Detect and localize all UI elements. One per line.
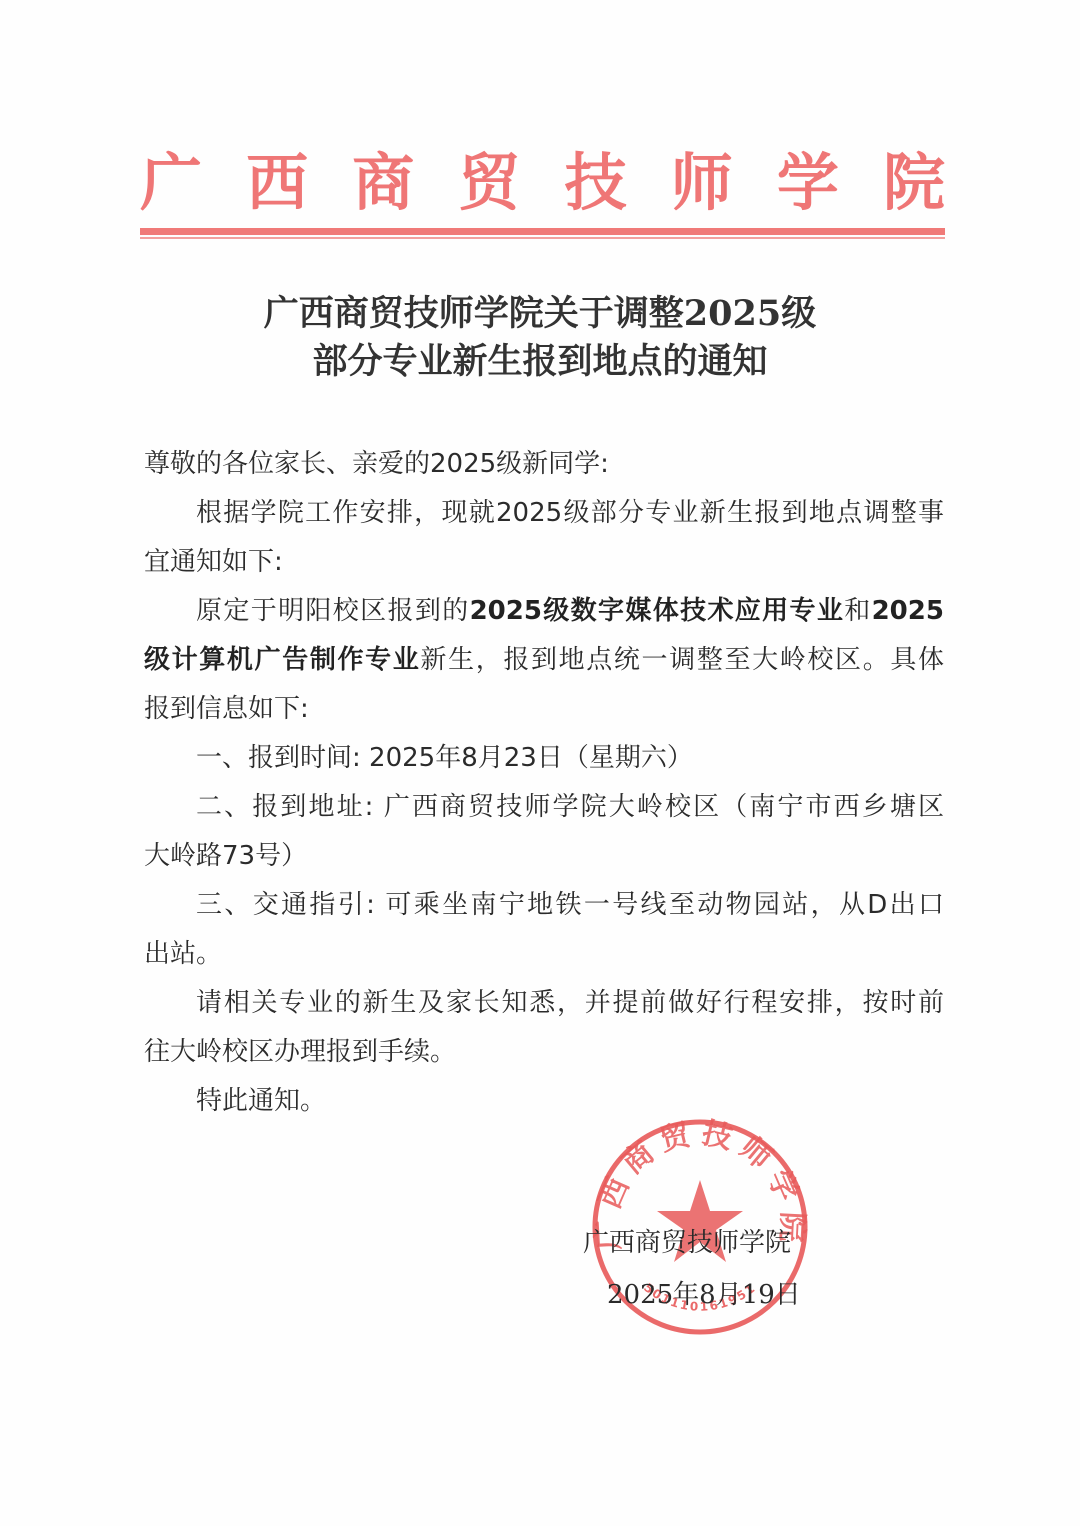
item-3-transport-line-1: 三、交通指引: 可乘坐南宁地铁一号线至动物园站，从D出口 <box>196 881 944 930</box>
masthead-char: 商 <box>352 152 414 214</box>
text-run: 原定于明阳校区报到的 <box>196 596 470 626</box>
document-title-line1: 广西商贸技师学院关于调整2025级 <box>0 296 1080 331</box>
bold-year: 2025 <box>872 596 944 626</box>
masthead-char: 院 <box>883 152 945 214</box>
masthead-rule-thick <box>140 228 945 235</box>
paragraph-3-line-2: 往大岭校区办理报到手续。 <box>144 1028 944 1077</box>
signature-org: 广西商贸技师学院 <box>583 1222 791 1259</box>
masthead-rule-thin <box>140 237 945 239</box>
masthead: 广 西 商 贸 技 师 学 院 <box>140 148 945 218</box>
paragraph-1-line-2: 宜通知如下: <box>144 538 944 587</box>
bold-major-2: 级计算机广告制作专业 <box>144 645 420 675</box>
paragraph-2-line-1: 原定于明阳校区报到的2025级数字媒体技术应用专业和2025 <box>196 587 944 636</box>
paragraph-3-line-1: 请相关专业的新生及家长知悉，并提前做好行程安排，按时前 <box>196 979 944 1028</box>
paragraph-2-line-3: 报到信息如下: <box>144 685 944 734</box>
masthead-char: 师 <box>671 152 733 214</box>
closing: 特此通知。 <box>196 1077 944 1126</box>
bold-major-1: 2025级数字媒体技术应用专业 <box>470 596 845 626</box>
item-1-time: 一、报到时间: 2025年8月23日（星期六） <box>196 734 944 783</box>
text-run: 和 <box>844 596 871 626</box>
signature-date: 2025年8月19日 <box>607 1274 801 1311</box>
item-3-transport-line-2: 出站。 <box>144 930 944 979</box>
masthead-char: 学 <box>777 152 839 214</box>
paragraph-1-line-1: 根据学院工作安排，现就2025级部分专业新生报到地点调整事 <box>196 489 944 538</box>
masthead-char: 西 <box>246 152 308 214</box>
item-2-address-line-1: 二、报到地址: 广西商贸技师学院大岭校区（南宁市西乡塘区 <box>196 783 944 832</box>
salutation: 尊敬的各位家长、亲爱的2025级新同学: <box>144 440 944 489</box>
masthead-char: 贸 <box>458 152 520 214</box>
masthead-char: 技 <box>565 152 627 214</box>
paragraph-2-line-2: 级计算机广告制作专业新生，报到地点统一调整至大岭校区。具体 <box>144 636 944 685</box>
item-2-address-line-2: 大岭路73号） <box>144 832 944 881</box>
document-title-line2: 部分专业新生报到地点的通知 <box>0 344 1080 379</box>
document-page: 广 西 商 贸 技 师 学 院 广西商贸技师学院关于调整2025级 部分专业新生… <box>0 0 1080 1526</box>
text-run: 新生，报到地点统一调整至大岭校区。具体 <box>420 645 944 675</box>
masthead-char: 广 <box>140 152 202 214</box>
